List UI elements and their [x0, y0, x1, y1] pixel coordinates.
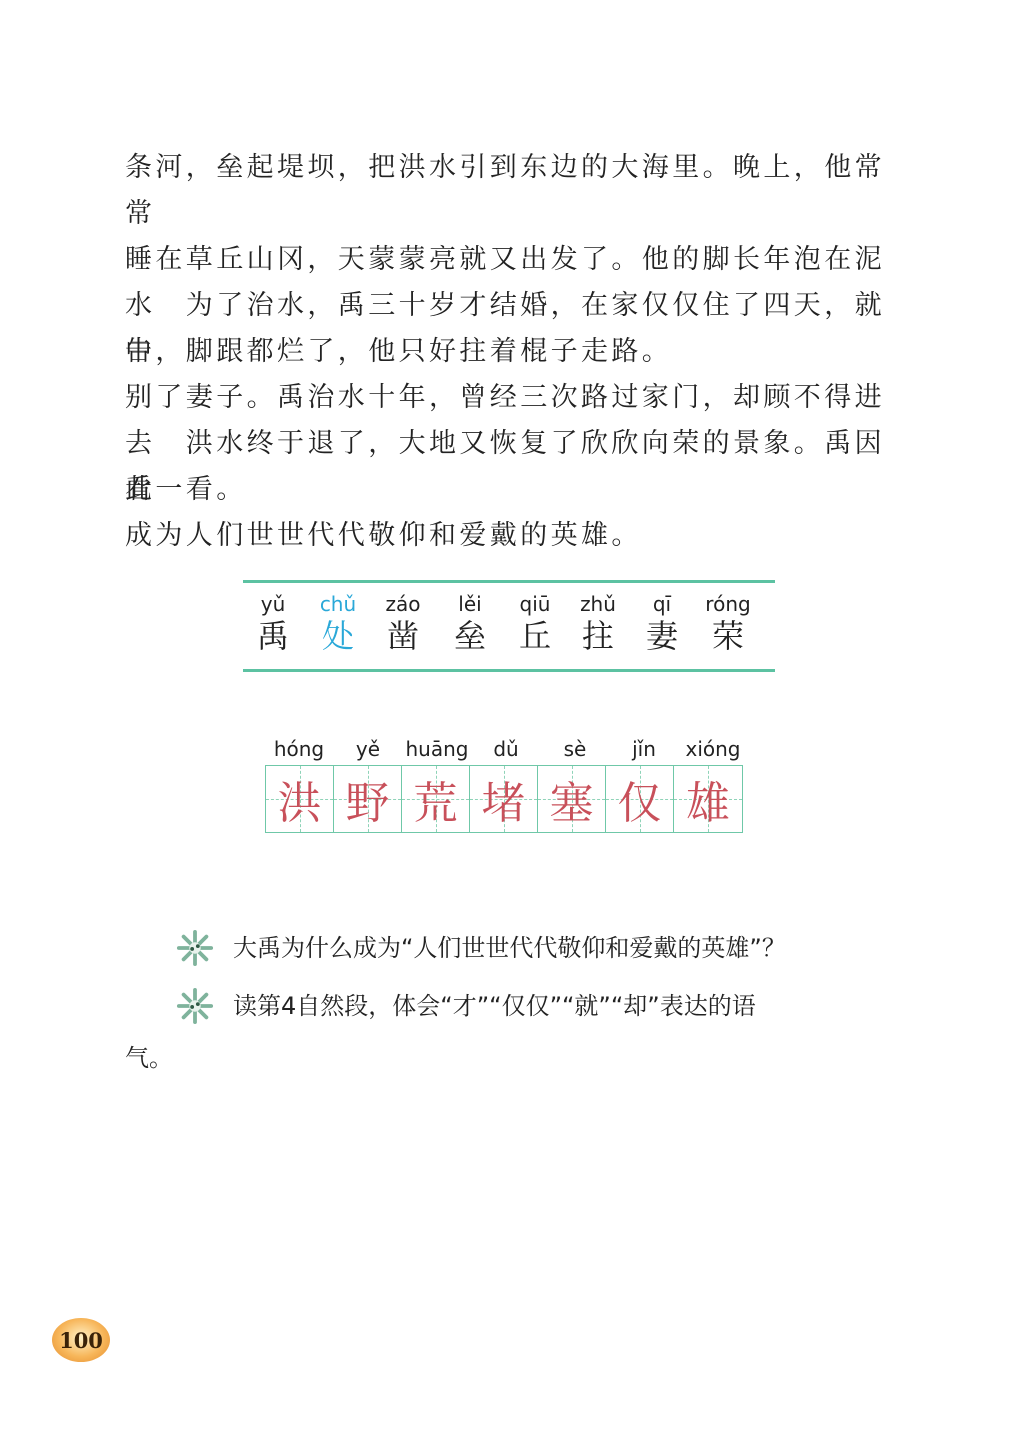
write-pinyin: hóng: [265, 735, 333, 763]
vocab-pinyin: chǔ: [308, 590, 368, 618]
vocab-item: róng 荣: [698, 583, 758, 654]
write-pinyin: yě: [334, 735, 402, 763]
write-pinyin: sè: [541, 735, 609, 763]
vocab-pinyin: zhǔ: [568, 590, 628, 618]
vocab-char: 垒: [440, 618, 500, 654]
vocab-char: 妻: [632, 618, 692, 654]
write-pinyin: dǔ: [472, 735, 540, 763]
page-number: 100: [59, 1328, 103, 1353]
write-pinyin: jǐn: [610, 735, 678, 763]
text-line: 条河，垒起堤坝，把洪水引到东边的大海里。晚上，他常常: [125, 145, 905, 237]
write-char: 荒: [402, 766, 469, 832]
text-line: 洪水终于退了，大地又恢复了欣欣向荣的景象。禹因此: [125, 421, 905, 513]
question-2-continuation: 气。: [125, 1028, 855, 1088]
recognize-characters-box: yǔ 禹 chǔ 处 záo 凿 lěi 垒 qiū 丘 zhǔ 拄 qī 妻 …: [243, 580, 775, 672]
write-pinyin: xióng: [679, 735, 747, 763]
vocab-item: zhǔ 拄: [568, 583, 628, 654]
write-char: 野: [334, 766, 401, 832]
vocab-pinyin: yǔ: [243, 590, 303, 618]
question-text: 读第4自然段，体会“才”“仅仅”“就”“却”表达的语: [233, 976, 756, 1036]
passage-paragraph-3: 洪水终于退了，大地又恢复了欣欣向荣的景象。禹因此 成为人们世世代代敬仰和爱戴的英…: [125, 421, 905, 559]
vocab-pinyin: qī: [632, 590, 692, 618]
vocab-item: záo 凿: [373, 583, 433, 654]
grid-cell: 塞: [538, 766, 606, 832]
question-2: 读第4自然段，体会“才”“仅仅”“就”“却”表达的语: [178, 976, 908, 1036]
question-text: 大禹为什么成为“人们世世代代敬仰和爱戴的英雄”？: [233, 918, 786, 978]
grid-cell: 野: [334, 766, 402, 832]
vocab-char: 拄: [568, 618, 628, 654]
grid-cell: 荒: [402, 766, 470, 832]
vocab-char: 凿: [373, 618, 433, 654]
vocab-item: qiū 丘: [505, 583, 565, 654]
grid-cell: 堵: [470, 766, 538, 832]
vocab-item-highlighted: chǔ 处: [308, 583, 368, 654]
grid-cell: 仅: [606, 766, 674, 832]
page-number-badge: 100: [52, 1318, 110, 1362]
snowflake-icon: [176, 987, 214, 1025]
vocab-char: 荣: [698, 618, 758, 654]
write-char: 洪: [266, 766, 333, 832]
text-line: 成为人们世世代代敬仰和爱戴的英雄。: [125, 513, 905, 559]
vocab-char: 禹: [243, 618, 303, 654]
write-char: 堵: [470, 766, 537, 832]
vocab-pinyin: qiū: [505, 590, 565, 618]
vocab-char: 丘: [505, 618, 565, 654]
grid-cell: 洪: [266, 766, 334, 832]
vocab-pinyin: róng: [698, 590, 758, 618]
write-char: 雄: [674, 766, 742, 832]
grid-cell: 雄: [674, 766, 742, 832]
question-text-continuation: 气。: [125, 1044, 173, 1072]
vocab-item: qī 妻: [632, 583, 692, 654]
vocab-pinyin: lěi: [440, 590, 500, 618]
vocab-item: yǔ 禹: [243, 583, 303, 654]
text-line: 为了治水，禹三十岁才结婚，在家仅仅住了四天，就告: [125, 283, 905, 375]
snowflake-icon: [176, 929, 214, 967]
question-1: 大禹为什么成为“人们世世代代敬仰和爱戴的英雄”？: [178, 918, 908, 978]
write-pinyin: huāng: [403, 735, 471, 763]
write-char: 塞: [538, 766, 605, 832]
vocab-pinyin: záo: [373, 590, 433, 618]
vocab-char: 处: [308, 618, 368, 654]
tianzige-grid: 洪 野 荒 堵 塞 仅 雄: [265, 765, 743, 833]
vocab-item: lěi 垒: [440, 583, 500, 654]
write-char: 仅: [606, 766, 673, 832]
